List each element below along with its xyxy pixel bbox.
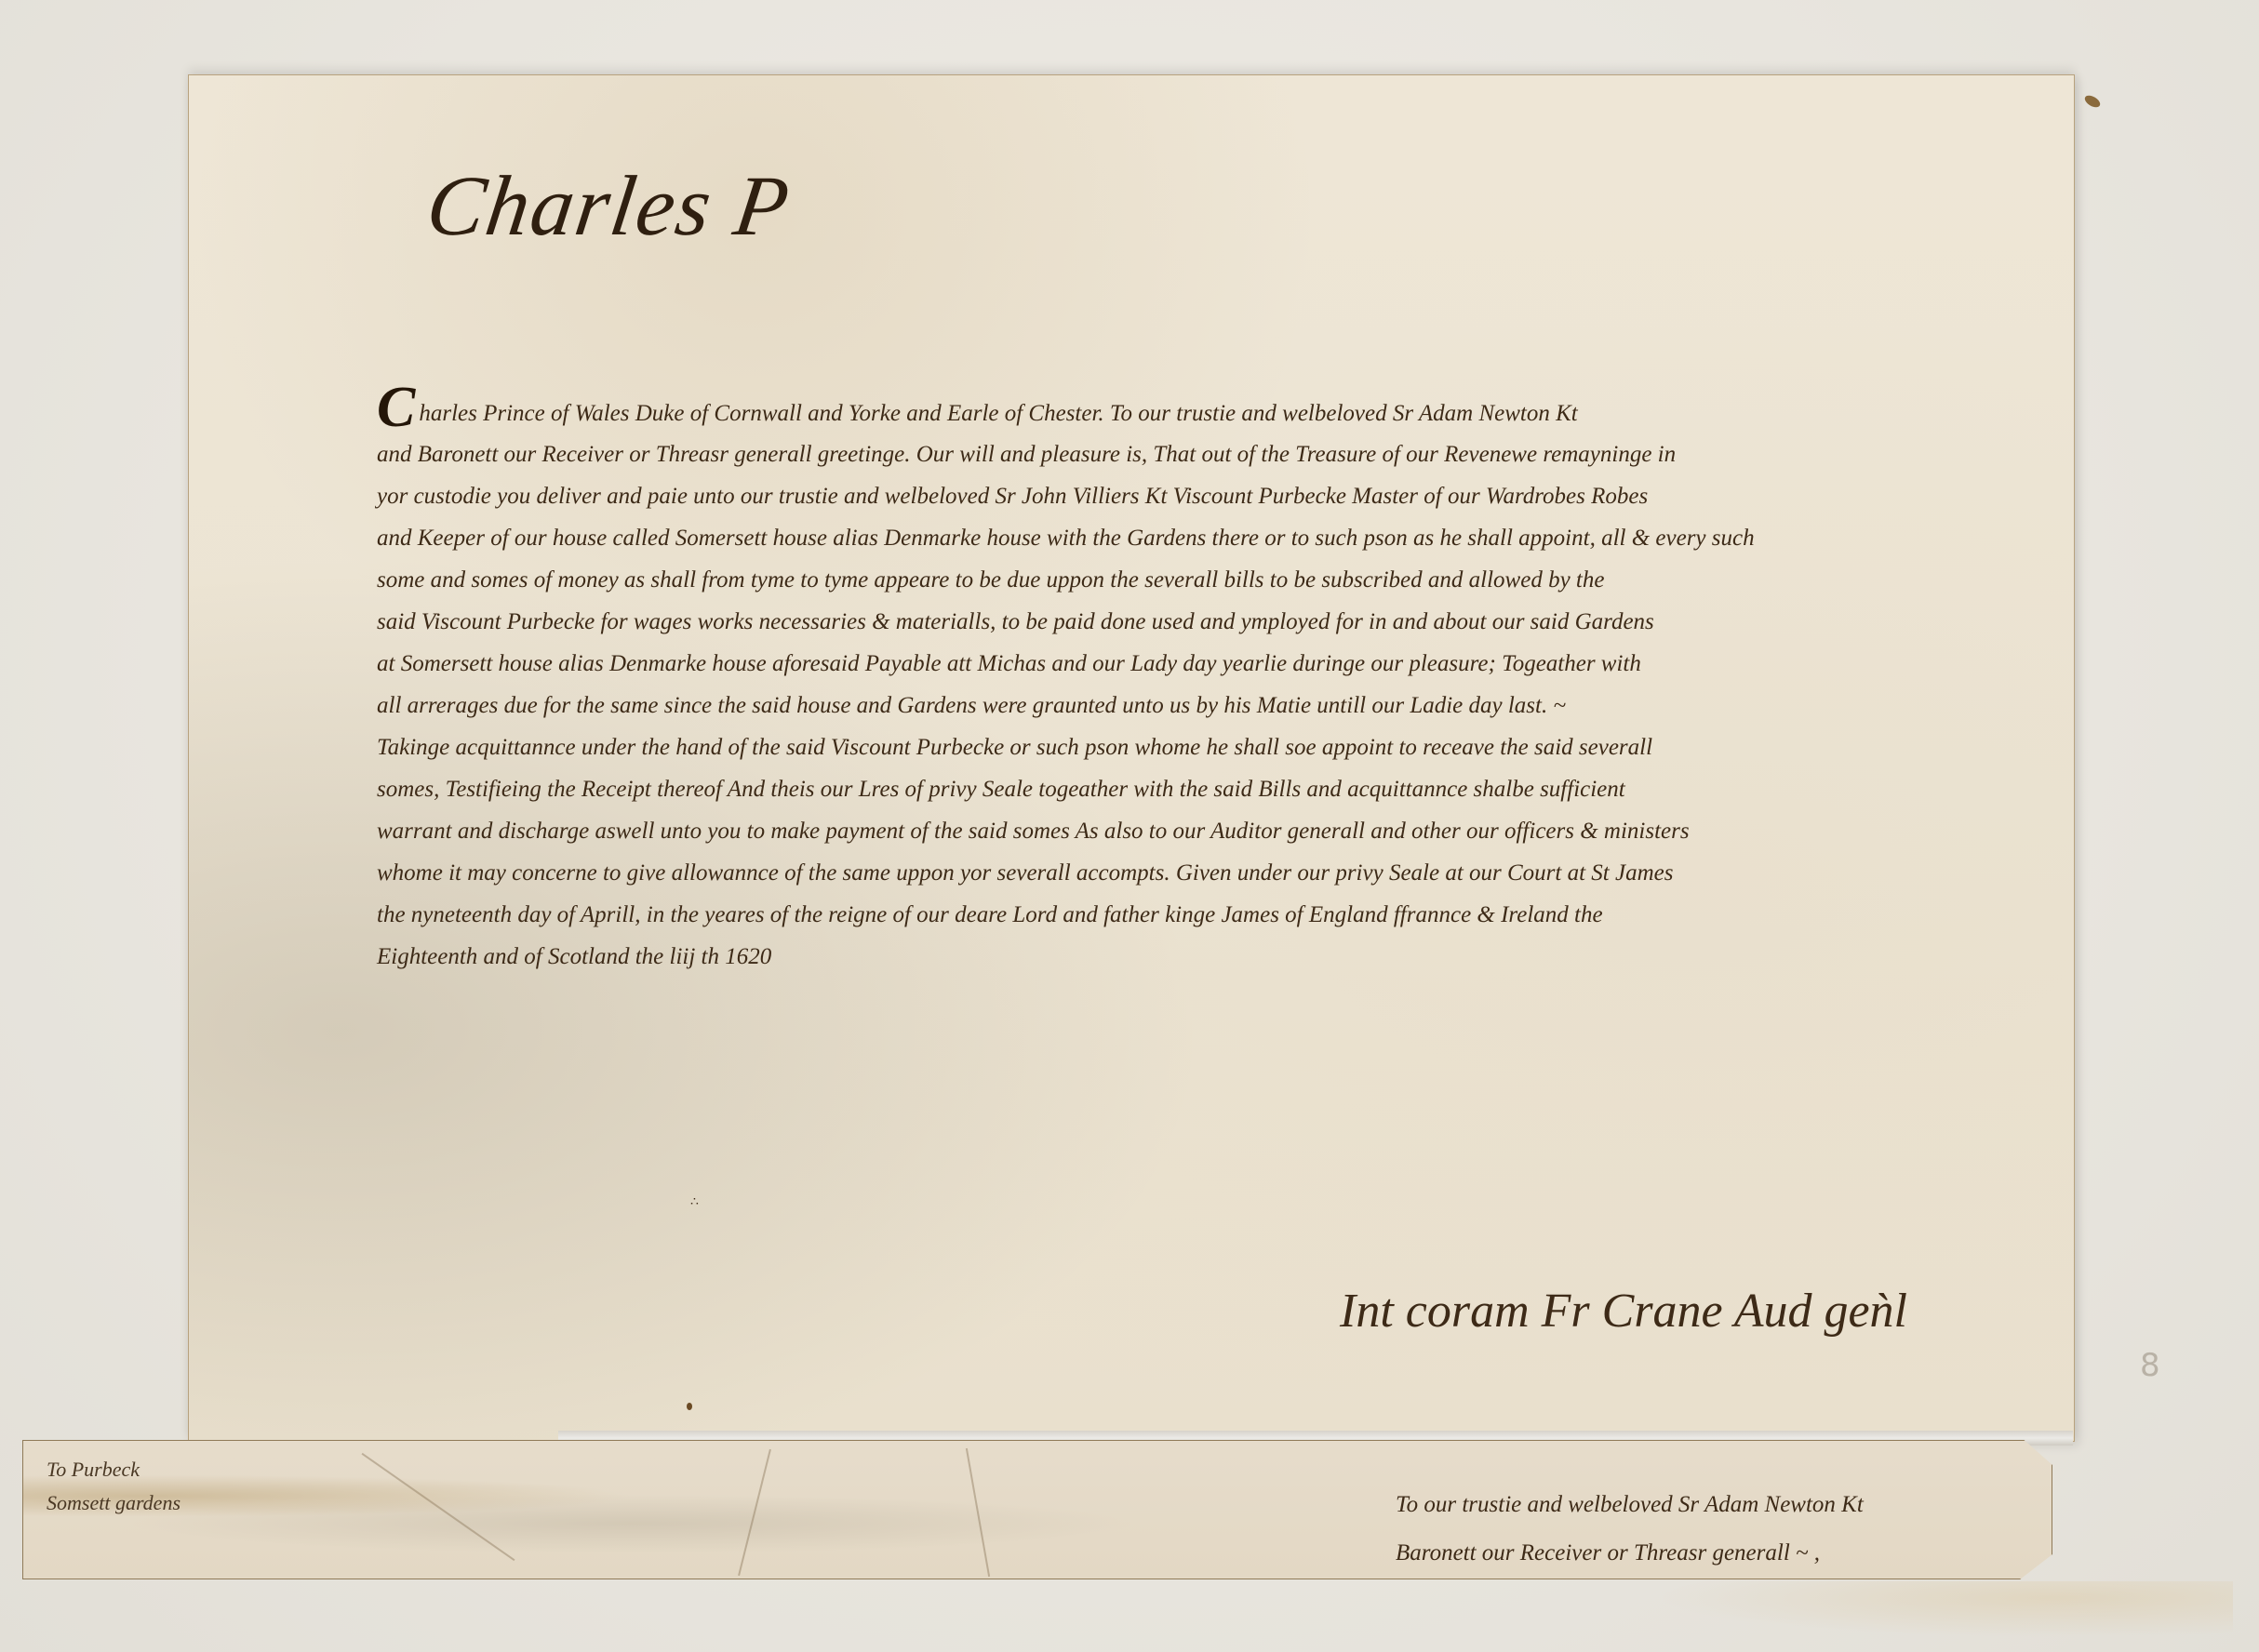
docket-line: Somsett gardens (47, 1486, 180, 1520)
body-line: whome it may concerne to give allowannce… (377, 852, 2145, 894)
body-line: at Somersett house alias Denmarke house … (377, 643, 2145, 685)
body-line: somes, Testifieing the Receipt thereof A… (377, 768, 2145, 810)
body-line: the nyneteenth day of Aprill, in the yea… (377, 894, 2145, 936)
ink-speck (687, 1403, 692, 1410)
endorsement-address: To our trustie and welbeloved Sr Adam Ne… (1396, 1481, 1864, 1578)
body-line: Charles Prince of Wales Duke of Cornwall… (377, 381, 2145, 433)
water-stain (1656, 1581, 2233, 1637)
body-line: said Viscount Purbecke for wages works n… (377, 601, 2145, 643)
sign-manual-signature: Charles P (421, 156, 796, 255)
body-line: all arrerages due for the same since the… (377, 685, 2145, 726)
body-line: Takinge acquittannce under the hand of t… (377, 726, 2145, 768)
body-line: and Keeper of our house called Somersett… (377, 517, 2145, 559)
auditor-attestation-signature: Int coram Fr Crane Aud geǹl (1340, 1284, 1907, 1339)
docket-line: To Purbeck (47, 1453, 180, 1486)
pencil-folio-number: 8 (2140, 1347, 2160, 1384)
body-line: and Baronett our Receiver or Threasr gen… (377, 433, 2145, 475)
body-line: warrant and discharge aswell unto you to… (377, 810, 2145, 852)
body-line: some and somes of money as shall from ty… (377, 559, 2145, 601)
body-line: yor custodie you deliver and paie unto o… (377, 475, 2145, 517)
ink-dots: ∴ (690, 1194, 699, 1209)
warrant-body-text: Charles Prince of Wales Duke of Cornwall… (377, 381, 2145, 978)
address-line: Baronett our Receiver or Threasr general… (1396, 1529, 1864, 1578)
body-line-dated: Eighteenth and of Scotland the liij th 1… (377, 936, 2145, 978)
address-line: To our trustie and welbeloved Sr Adam Ne… (1396, 1481, 1864, 1529)
decorated-initial: C (377, 376, 415, 439)
endorsement-docket: To Purbeck Somsett gardens (47, 1453, 180, 1520)
